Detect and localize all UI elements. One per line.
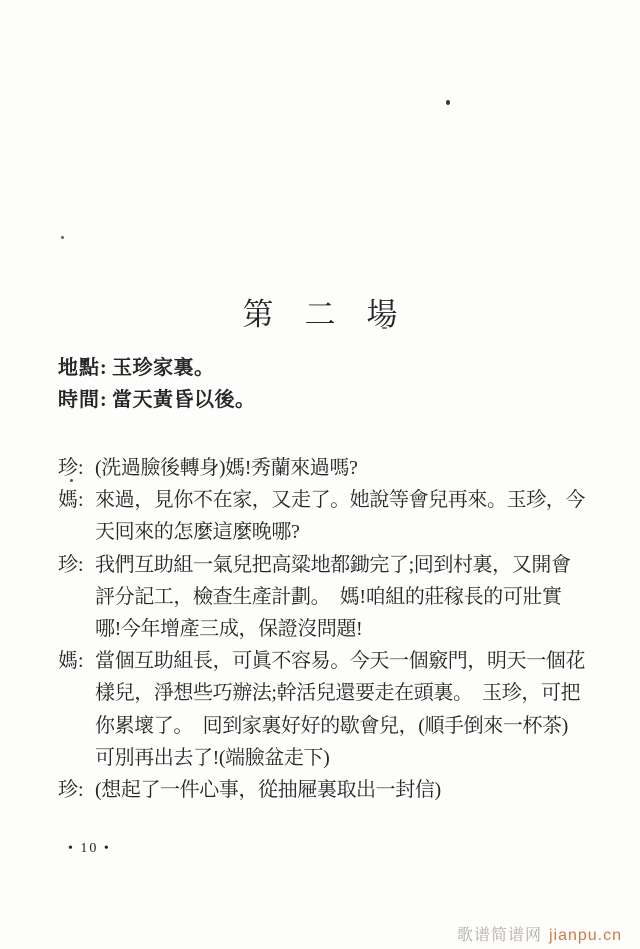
scan-speck [446,100,450,105]
dialogue-line: 天囘來的怎麼這麼晚哪? [58,516,598,548]
dialogue-line: 珍: 我們互助組一氣兒把高粱地都鋤完了;囘到村裏，又開會 [58,549,598,581]
scene-meta: 地點: 玉珍家裏。 時間: 當天黃昏以後。 [58,352,256,416]
watermark-site-name: 歌谱简谱网 [457,927,542,944]
dialogue-line: 媽: 來過，見你不在家，又走了。她說等會兒再來。玉珍，今 [58,484,598,516]
dialogue-text: 評分記工，檢查生產計劃。 媽!咱組的莊稼長的可壯實 [95,581,562,613]
dialogue-line: 可別再出去了!(端臉盆走下) [58,742,598,774]
book-page: 第 二 場 地點: 玉珍家裏。 時間: 當天黃昏以後。 珍: (洗過臉後轉身)媽… [0,0,640,949]
dialogue-text: (洗過臉後轉身)媽!秀蘭來過嗎? [95,452,357,484]
dialogue-line: 你累壞了。 囘到家裏好好的歇會兒，(順手倒來一杯茶) [58,710,598,742]
dialogue-line: 哪!今年增產三成，保證沒問題! [58,613,598,645]
scan-speck [61,236,64,239]
watermark-site-url: jianpu.cn [549,927,622,944]
time-label: 時間: [58,384,108,416]
speaker-label: 媽: [58,484,84,516]
dialogue-line: 媽: 當個互助組長，可眞不容易。今天一個竅門，明天一個花 [58,645,598,677]
location-label: 地點: [58,352,108,384]
dialogue-block: 珍: (洗過臉後轉身)媽!秀蘭來過嗎? 媽: 來過，見你不在家，又走了。她說等會… [58,452,598,806]
scene-time-line: 時間: 當天黃昏以後。 [58,384,256,416]
dialogue-text: 來過，見你不在家，又走了。她說等會兒再來。玉珍，今 [95,484,585,516]
dialogue-text: 可別再出去了!(端臉盆走下) [95,742,329,774]
dialogue-text: 哪!今年增產三成，保證沒問題! [95,613,362,645]
speaker-label: 珍: [58,549,84,581]
time-value: 當天黃昏以後。 [112,384,256,416]
watermark: 歌谱简谱网jianpu.cn [457,922,622,945]
speaker-label: 珍: [58,774,84,806]
dialogue-line: 樣兒，淨想些巧辦法;幹活兒還要走在頭裏。 玉珍，可把 [58,677,598,709]
dialogue-text: 我們互助組一氣兒把高粱地都鋤完了;囘到村裏，又開會 [95,549,571,581]
location-value: 玉珍家裏。 [112,352,215,384]
dialogue-line: 珍: (洗過臉後轉身)媽!秀蘭來過嗎? [58,452,598,484]
dialogue-line: 評分記工，檢查生產計劃。 媽!咱組的莊稼長的可壯實 [58,581,598,613]
dialogue-line: 珍: (想起了一件心事，從抽屜裏取出一封信) [58,774,598,806]
scene-location-line: 地點: 玉珍家裏。 [58,352,256,384]
dialogue-text: 樣兒，淨想些巧辦法;幹活兒還要走在頭裏。 玉珍，可把 [95,677,580,709]
page-number: • 10 • [68,841,111,857]
dialogue-text: 你累壞了。 囘到家裏好好的歇會兒，(順手倒來一杯茶) [95,710,568,742]
dialogue-text: 當個互助組長，可眞不容易。今天一個竅門，明天一個花 [95,645,585,677]
dialogue-text: (想起了一件心事，從抽屜裏取出一封信) [95,774,441,806]
scene-title: 第 二 場 [0,289,640,334]
speaker-label: 珍: [58,452,84,484]
speaker-label: 媽: [58,645,84,677]
dialogue-text: 天囘來的怎麼這麼晚哪? [95,516,299,548]
